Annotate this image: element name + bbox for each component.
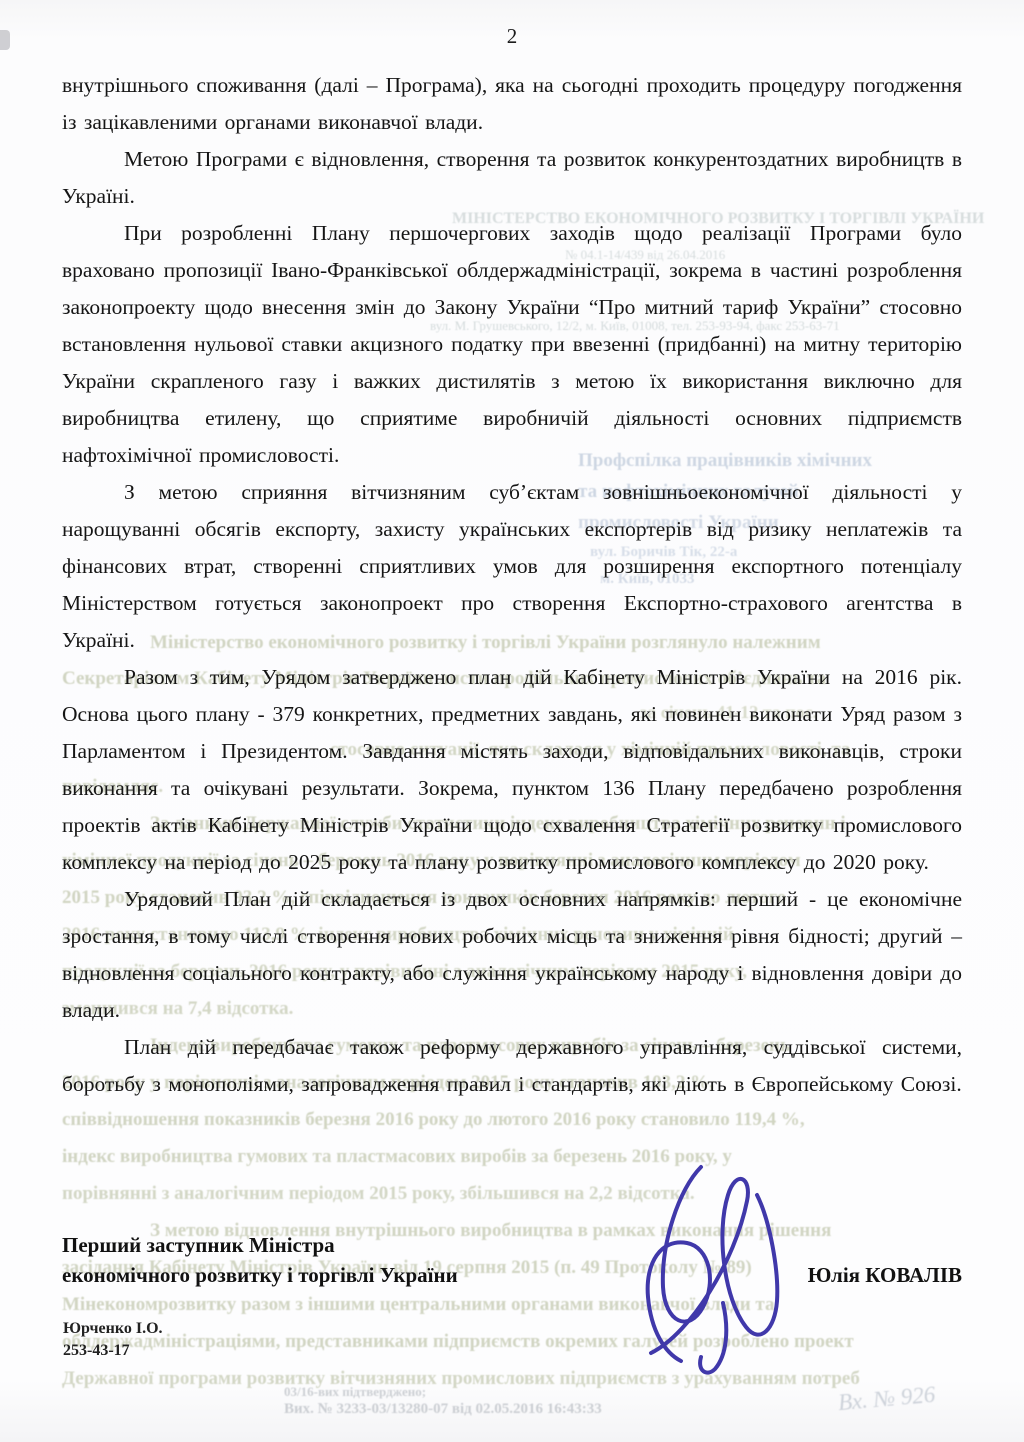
page-number: 2: [0, 24, 1024, 49]
executor-name: Юрченко І.О.: [63, 1318, 163, 1340]
scanned-document-page: МІНІСТЕРСТВО ЕКОНОМІЧНОГО РОЗВИТКУ І ТОР…: [0, 0, 1024, 1442]
bleed-body-14: співвідношення показників березня 2016 р…: [62, 1109, 805, 1131]
body-paragraph-1: внутрішнього споживання (далі – Програма…: [62, 67, 962, 141]
executor-block: Юрченко І.О. 253-43-17: [63, 1318, 163, 1362]
bleed-stamp-1: 03/16-вих підтверджено;: [284, 1384, 426, 1400]
executor-phone: 253-43-17: [63, 1340, 163, 1362]
signature-block: Перший заступник Міністра економічного р…: [62, 1230, 962, 1290]
bleed-stamp-2: Вих. № 3233-03/13280-07 від 02.05.2016 1…: [284, 1401, 602, 1418]
body-paragraph-7: План дій передбачає також реформу держав…: [62, 1029, 962, 1103]
signer-title: Перший заступник Міністра економічного р…: [62, 1230, 458, 1290]
body-paragraph-5: Разом з тим, Урядом затверджено план дій…: [62, 659, 962, 881]
handwritten-registration-note: Вх. № 926: [837, 1382, 936, 1416]
signer-name: Юлія КОВАЛІВ: [808, 1260, 962, 1290]
body-paragraph-6: Урядовий План дій складається із двох ос…: [62, 881, 962, 1029]
bleed-body-16: порівнянні з аналогічним періодом 2015 р…: [62, 1183, 695, 1205]
body-paragraph-3: При розробленні Плану першочергових захо…: [62, 215, 962, 474]
document-body: внутрішнього споживання (далі – Програма…: [62, 67, 962, 1103]
body-paragraph-2: Метою Програми є відновлення, створення …: [62, 141, 962, 215]
signer-title-line2: економічного розвитку і торгівлі України: [62, 1260, 458, 1290]
body-paragraph-4: З метою сприяння вітчизняним суб’єктам з…: [62, 474, 962, 659]
signer-title-line1: Перший заступник Міністра: [62, 1230, 458, 1260]
